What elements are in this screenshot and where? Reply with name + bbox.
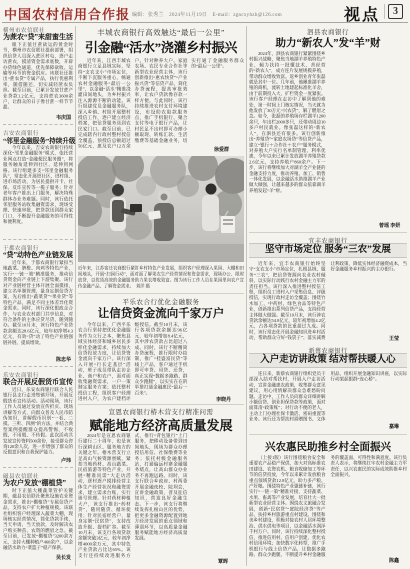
page-number: 3 (388, 4, 403, 19)
byline: 卢玮 (57, 457, 71, 464)
news-photo (78, 156, 244, 262)
divider (78, 404, 244, 405)
column-divider-left (75, 26, 76, 566)
article-title: “邻里金融服务”持续升级 (3, 135, 73, 145)
article-body: 时下正值大棚蔬菜管护关键期，磁县农信联社聚焦设施农业资金需求，推出“棚植贷”专属… (3, 488, 73, 560)
divider (249, 434, 407, 435)
article-body: 眼下正值甘蔗砍运的黄金时节，横州市农信联社提前部署，组织信贷人员深入蔗区村屯，逐… (3, 42, 73, 120)
article-title: 为蔗农“贷”来甜蜜生活 (3, 32, 73, 42)
byline: 陈鑫 (385, 557, 399, 564)
divider (78, 293, 244, 294)
newspaper-page: 中国农村信用合作报 编辑：张秀兰 2024年11月19日 E-mail：zgnc… (0, 0, 410, 569)
lead-title: 引金融“活水”浇灌乡村振兴 (78, 37, 244, 56)
article-title: “贷”动特色产业链发展 (3, 250, 73, 260)
lead-body: 近年来，江西丰城农商银行立足县域实际，坚持“支农支小”市场定位，不断下沉服务重心… (78, 58, 244, 152)
article-body: 2024年是宣恩农商银行建行二十周年，也是该行深耕山区、服务地方的关键之年。椿木… (78, 433, 244, 564)
article-title: 坚守市场定位 服务“三农”发展 (249, 243, 407, 258)
article-body: 近年来，于都农商银行紧扣当地蔬菜、脐橙、肉鸡等特色产业，实行“一链一策”精准服务… (3, 260, 73, 362)
article-body: 2024年，泗县农商银行紧紧围绕乡村振兴战略，聚焦当地湖羊养殖特色产业，倾力扶持… (249, 51, 407, 228)
article-body: 今年以来，吉安农商银行持续深化“邻里金融服务”模式，依托营业网点打造“金融便民服… (3, 145, 73, 235)
divider (3, 366, 73, 367)
article-title: 入户走访讲政策 结对帮扶暖人心 (249, 353, 407, 368)
masthead-rule (2, 22, 408, 23)
article-title: 赋能地方经济高质量发展 (78, 415, 244, 434)
article-body: 今年以来，广西平乐农合行坚持把优化金融服务作为立行之本，聚焦县域实体经济和城乡居… (78, 322, 244, 402)
byline: 覃晖 (214, 558, 228, 565)
orchard-photo-illustration (78, 156, 244, 262)
column-divider-right (246, 26, 247, 566)
article-body: 近日，乐安农商银行联合人民银行县支行走进集镇圩场，开展反假货币宣传活动。活动现场… (3, 387, 73, 463)
article-body: （上接1版）该行围绕粮食安全和重要农产品稳产保供，加大对高标准农田建设、农资农机… (249, 455, 407, 563)
byline: 徐爱群 (210, 146, 229, 153)
article-title: 联合开展反假货币宣传 (3, 377, 73, 387)
byline: 曾瑶 李妍 (375, 222, 400, 229)
divider (249, 232, 407, 233)
byline: 韦庆国 (52, 114, 71, 121)
article-title: 助力“新农人”发“羊”财 (249, 35, 407, 50)
byline: 李晓丹 (212, 396, 231, 403)
article-title: 为农户发放“棚植贷” (3, 478, 73, 488)
divider (3, 467, 73, 468)
byline: 王莹 (385, 335, 399, 342)
divider (3, 124, 73, 125)
photo-caption: 近年来，江苏宿迁农商银行紧盯乡村特色产业发展，组织客户经理深入果园、大棚和田间地… (78, 265, 244, 290)
article-title: 兴农惠民助推乡村全面振兴 (249, 439, 407, 454)
article-body: 连日来，新蔡农商银行组织党员干部深入结对帮扶村，开展入户走访活动，宣讲金融惠农政… (249, 371, 407, 429)
byline: 嘉琳 (385, 423, 399, 430)
masthead-divider (384, 4, 385, 19)
article-title: 让信贷资金流向千家万户 (78, 305, 244, 321)
byline: 吴长发 (52, 554, 71, 561)
byline: 陈忠华 (52, 356, 71, 363)
divider (3, 239, 73, 240)
paper-title: 中国农村信用合作报 (4, 4, 130, 23)
article-body: 近年来，宜丰农商银行始终坚守“支农支小”市场定位，扎根县域、服务“三农”，把信贷… (249, 261, 407, 341)
publication-info: 编辑：张秀兰 2024年11月19日 E-mail：zgncxyhzb@126.… (132, 11, 282, 18)
